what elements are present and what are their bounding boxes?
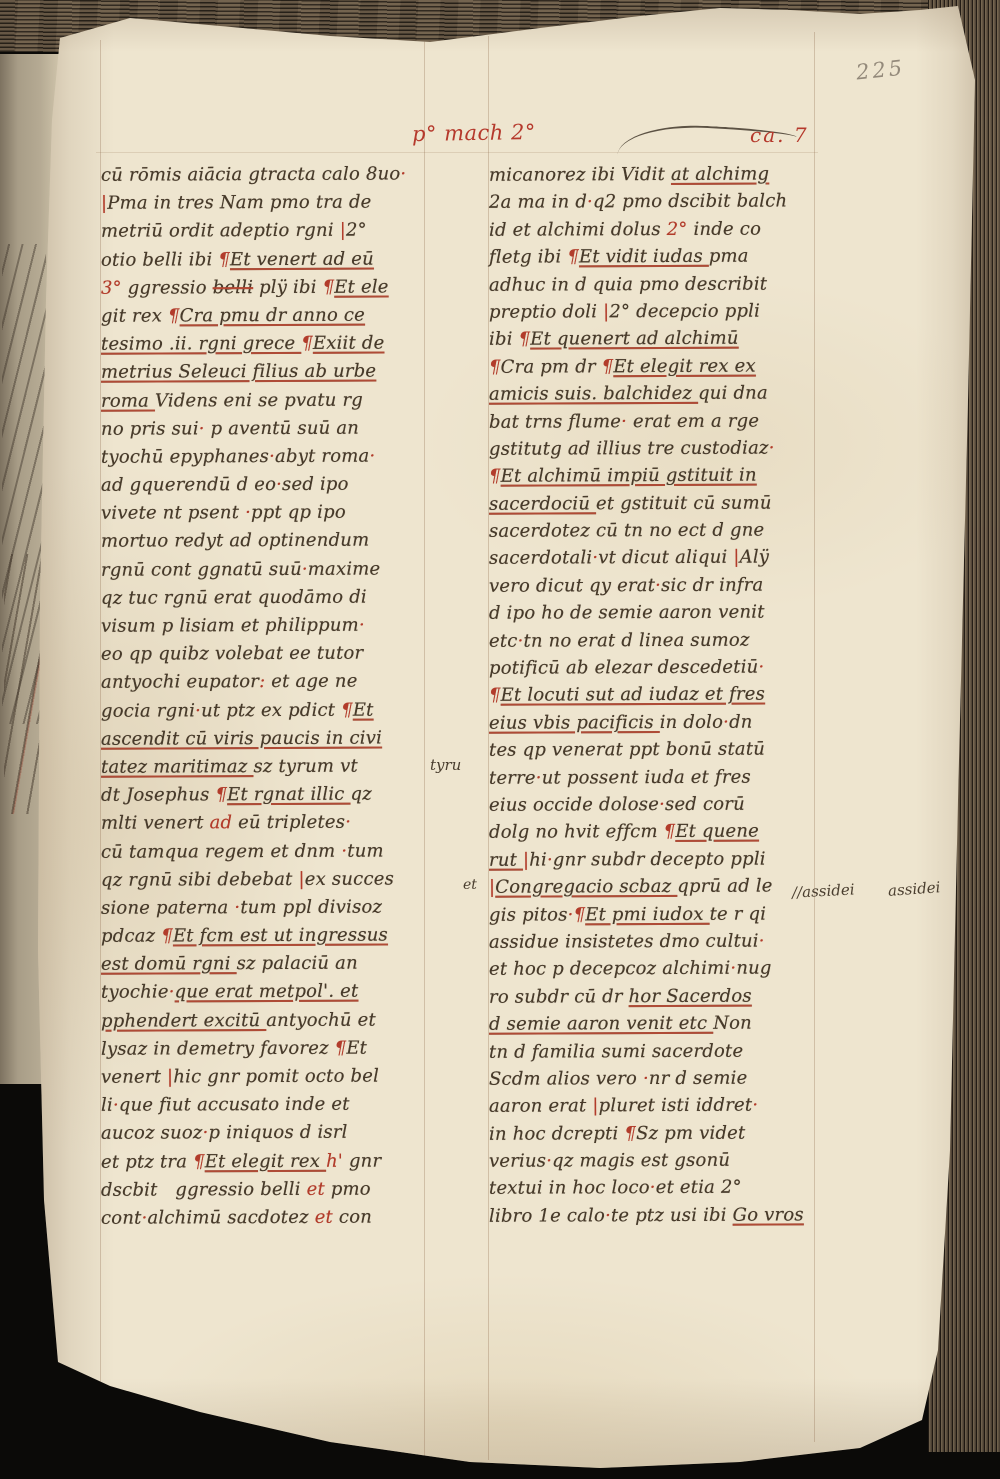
- ink-segment: Et: [346, 1037, 367, 1058]
- ink-segment: q2 pmo dscibit balch: [593, 191, 787, 213]
- ink-segment: eo qp quibz volebat ee tutor: [101, 643, 363, 665]
- ink-segment: Et pmi iudox: [585, 903, 709, 925]
- rubric-segment: ¶: [489, 685, 501, 706]
- manuscript-line: tyochū epyphanes·abyt roma·: [101, 442, 446, 472]
- manuscript-line: ¶Et locuti sut ad iudaz et fres: [489, 681, 834, 710]
- ink-segment: Congregacio scbaz: [495, 876, 677, 898]
- ink-segment: mortuo redyt ad optinendum: [101, 530, 369, 552]
- ink-segment: Et: [353, 699, 374, 720]
- ink-segment: assidue insistetes dmo cultui: [489, 931, 759, 953]
- manuscript-line: amicis suis. balchidez qui dna: [489, 379, 834, 408]
- ink-segment: plÿ ibi: [253, 277, 323, 298]
- manuscript-line: mortuo redyt ad optinendum: [101, 527, 446, 557]
- ink-segment: sz palaciū an: [237, 953, 358, 975]
- ink-segment: sed corū: [665, 794, 745, 815]
- ink-segment: Pma in tres Nam pmo tra de: [107, 192, 371, 214]
- manuscript-line: antyochi eupator: et age ne: [101, 668, 446, 698]
- manuscript-line: rgnū cont ggnatū suū·maxime: [101, 555, 446, 585]
- ink-segment: git rex: [101, 305, 168, 326]
- manuscript-line: sacerdotali·vt dicut aliqui |Alÿ: [489, 544, 834, 573]
- manuscript-line: ad gquerendū d eo·sed ipo: [101, 470, 446, 500]
- manuscript-line: lysaz in demetry favorez ¶Et: [101, 1034, 446, 1064]
- ink-segment: que fiut accusato inde et: [119, 1094, 350, 1116]
- manuscript-line: ¶Cra pm dr ¶Et elegit rex ex: [489, 352, 834, 381]
- ink-segment: te r qi: [710, 903, 767, 924]
- ink-segment: sed ipo: [282, 474, 349, 495]
- manuscript-line: et hoc p decepcoz alchimi·nug: [489, 955, 834, 984]
- ink-segment: ibi: [489, 329, 519, 350]
- ink-segment: maxime: [308, 558, 381, 579]
- ink-segment: tn d familia sumi sacerdote: [489, 1040, 743, 1062]
- ink-segment: d ipo ho de semie aaron venit: [489, 602, 765, 624]
- manuscript-line: aucoz suoz·p iniquos d isrl: [101, 1119, 446, 1149]
- rubric-segment: ¶: [341, 699, 353, 720]
- rubric-segment: ·: [359, 615, 365, 636]
- manuscript-line: micanorez ibi Vidit at alchimg: [489, 160, 834, 189]
- rubric-segment: ¶: [519, 329, 531, 350]
- rubric-segment: ¶: [161, 926, 173, 947]
- ink-segment: Et quene: [675, 821, 759, 842]
- ink-segment: antyochū et: [266, 1009, 376, 1030]
- manuscript-line: tn d familia sumi sacerdote: [489, 1037, 834, 1066]
- ink-segment: rgnū cont ggnatū suū: [101, 559, 302, 581]
- rubric-segment: et: [315, 1207, 333, 1228]
- rubric-segment: ¶: [664, 821, 676, 842]
- ink-segment: et etia 2°: [656, 1177, 742, 1198]
- rubric-segment: ad: [210, 812, 233, 833]
- ink-segment: pluret isti iddret: [599, 1095, 753, 1117]
- ink-segment: te ptz usi ibi: [611, 1205, 733, 1227]
- ink-segment: aaron erat: [489, 1096, 592, 1117]
- ink-segment: 2° decepcio ppli: [609, 301, 760, 323]
- manuscript-line: gis pitos·¶Et pmi iudox te r qi: [489, 900, 834, 929]
- rubric-segment: et: [307, 1179, 325, 1200]
- ink-segment: hic gnr pomit octo bel: [173, 1066, 379, 1088]
- rubric-segment: ¶: [624, 1123, 636, 1144]
- ink-segment: Go vros: [733, 1204, 804, 1225]
- ink-segment: otio belli ibi: [101, 249, 218, 271]
- ink-segment: vivete nt psent: [101, 502, 245, 524]
- margin-note-tyru: tyru: [430, 756, 461, 774]
- ink-segment: aucoz suoz: [101, 1123, 203, 1144]
- rubric-segment: ¶: [215, 784, 227, 805]
- manuscript-line: et ptz tra ¶Et elegit rex h' gnr: [101, 1147, 446, 1177]
- manuscript-line: ascendit cū viris paucis in civi: [101, 724, 446, 754]
- manuscript-line: sacerdotez cū tn no ect d gne: [489, 516, 834, 545]
- manuscript-line: etc·tn no erat d linea sumoz: [489, 626, 834, 655]
- ink-segment: sz tyrum vt: [253, 756, 358, 777]
- ink-segment: tn no erat d linea sumoz: [523, 629, 749, 651]
- ink-segment: fletg ibi: [489, 247, 567, 268]
- rubric-segment: ·: [758, 657, 764, 678]
- ink-segment: gis pitos: [489, 904, 568, 925]
- ink-segment: qprū ad le: [677, 876, 772, 897]
- manuscript-line: vivete nt psent ·ppt qp ipo: [101, 498, 446, 528]
- ink-segment: nr d semie: [649, 1068, 748, 1089]
- manuscript-line: d semie aaron venit etc Non: [489, 1009, 834, 1038]
- ink-segment: Et fcm est ut ingressus: [173, 925, 388, 947]
- manuscript-line: tyochie·que erat metpol'. et: [101, 978, 446, 1008]
- ink-segment: dt Josephus: [101, 784, 216, 805]
- rubric-segment: ¶: [567, 247, 579, 268]
- ink-segment: sacerdotez cū tn no ect d gne: [489, 520, 764, 542]
- ink-segment: inde co: [688, 218, 762, 239]
- ink-segment: etc: [489, 630, 518, 651]
- manuscript-line: 2a ma in d·q2 pmo dscibit balch: [489, 188, 834, 217]
- ink-segment: antyochi eupator: [101, 671, 259, 693]
- ink-segment: qui dna: [698, 383, 768, 404]
- ink-segment: pma: [709, 246, 749, 267]
- ink-segment: et ptz tra: [101, 1151, 193, 1172]
- ink-segment: Scdm alios vero: [489, 1068, 643, 1090]
- ink-segment: dolg no hvit effcm: [489, 821, 664, 843]
- ink-segment: Et quenert ad alchimū: [530, 328, 739, 350]
- manuscript-line: id et alchimi dolus 2° inde co: [489, 215, 834, 244]
- margin-note-assidei-inner: //assidei: [792, 880, 855, 901]
- manuscript-line: Scdm alios vero ·nr d semie: [489, 1064, 834, 1093]
- rubric-segment: ¶: [323, 276, 335, 297]
- ink-segment: pdcaz: [101, 926, 161, 947]
- ink-segment: Non: [713, 1013, 752, 1034]
- ink-segment: eius occide dolose: [489, 794, 659, 816]
- manuscript-line: cont·alchimū sacdotez et con: [101, 1203, 446, 1233]
- running-title: p° mach 2°: [412, 120, 536, 146]
- ink-segment: Videns eni se pvatu rg: [155, 389, 363, 411]
- ink-segment: et age ne: [265, 671, 357, 692]
- ink-segment: adhuc in d quia pmo describit: [489, 273, 767, 295]
- ink-segment: in dolo: [660, 712, 724, 733]
- rubric-segment: ·: [400, 163, 406, 184]
- ink-segment: qz tuc rgnū erat quodāmo di: [101, 586, 367, 608]
- ink-segment: gocia rgni: [101, 700, 195, 721]
- manuscript-line: venert |hic gnr pomit octo bel: [101, 1062, 446, 1092]
- manuscript-line: preptio doli |2° decepcio ppli: [489, 297, 834, 326]
- manuscript-line: metriū ordit adeptio rgni |2°: [101, 217, 446, 247]
- ink-segment: cū tamqua regem et dnm: [101, 840, 341, 862]
- ink-segment: libro 1e calo: [489, 1205, 605, 1227]
- manuscript-line: verius·qz magis est gsonū: [489, 1146, 834, 1175]
- manuscript-line: d ipo ho de semie aaron venit: [489, 598, 834, 627]
- ink-segment: vero dicut qy erat: [489, 575, 655, 597]
- ink-segment: ex succes: [305, 868, 394, 889]
- ink-segment: mlti venert: [101, 813, 210, 834]
- ink-segment: p aventū suū an: [205, 417, 359, 439]
- manuscript-line: potificū ab elezar descedetiū·: [489, 653, 834, 682]
- ink-segment: belli: [213, 277, 254, 298]
- ink-segment: hi: [529, 849, 547, 870]
- ink-segment: Alÿ: [740, 547, 770, 568]
- manuscript-line: sacerdociū et gstituit cū sumū: [489, 489, 834, 518]
- ink-segment: no pris sui: [101, 418, 199, 439]
- ink-segment: li: [101, 1095, 113, 1116]
- manuscript-line: mlti venert ad eū tripletes·: [101, 809, 446, 839]
- ink-segment: gstitutg ad illius tre custodiaz: [489, 437, 769, 459]
- rubric-segment: 3°: [101, 277, 128, 298]
- ink-segment: Et vidit iudas: [579, 246, 709, 268]
- ink-segment: roma: [101, 390, 155, 411]
- manuscript-line: tes qp venerat ppt bonū statū: [489, 735, 834, 764]
- ink-segment: p iniquos d isrl: [208, 1122, 347, 1144]
- rubric-segment: ¶: [218, 249, 230, 270]
- ink-segment: at alchimg: [671, 164, 769, 185]
- ink-segment: Sacerdos: [666, 985, 752, 1006]
- ink-segment: Cra pm dr: [501, 356, 602, 377]
- ink-segment: erat em a rge: [627, 410, 759, 432]
- rubric-segment: ·: [759, 930, 765, 951]
- ink-segment: rut: [489, 849, 523, 870]
- ink-segment: eū tripletes: [232, 812, 345, 833]
- manuscript-line: tatez maritimaz sz tyrum vt: [101, 752, 446, 782]
- ink-segment: que erat metpol'. et: [175, 981, 359, 1003]
- manuscript-line: eius vbis pacificis in dolo·dn: [489, 708, 834, 737]
- manuscript-line: dolg no hvit effcm ¶Et quene: [489, 818, 834, 847]
- manuscript-line: sione paterna ·tum ppl divisoz: [101, 893, 446, 923]
- manuscript-line: rut |hi·gnr subdr decepto ppli: [489, 845, 834, 874]
- rubric-segment: ·: [769, 437, 775, 458]
- manuscript-line: bat trns flume· erat em a rge: [489, 407, 834, 436]
- manuscript-line: aaron erat |pluret isti iddret·: [489, 1092, 834, 1121]
- ink-segment: Cra pmu dr anno ce: [180, 305, 365, 327]
- manuscript-line: roma Videns eni se pvatu rg: [101, 386, 446, 416]
- manuscript-line: li·que fiut accusato inde et: [101, 1090, 446, 1120]
- ink-segment: ascendit cū viris paucis in civi: [101, 727, 382, 749]
- rubric-segment: ¶: [489, 356, 501, 377]
- manuscript-line: pphendert excitū antyochū et: [101, 1006, 446, 1036]
- ink-segment: Et venert ad eū: [230, 248, 374, 270]
- ink-segment: et gstituit cū sumū: [596, 492, 772, 514]
- manuscript-line: vero dicut qy erat·sic dr infra: [489, 571, 834, 600]
- rubric-segment: ¶: [574, 904, 586, 925]
- ink-segment: tes qp venerat ppt bonū statū: [489, 739, 765, 761]
- ink-segment: Et ele: [334, 276, 388, 297]
- manuscript-line: ibi ¶Et quenert ad alchimū: [489, 325, 834, 354]
- manuscript-line: gstitutg ad illius tre custodiaz·: [489, 434, 834, 463]
- ink-segment: ro subdr cū dr: [489, 986, 629, 1008]
- folio-number: 225: [855, 55, 906, 84]
- ink-segment: gnr subdr decepto ppli: [553, 848, 766, 870]
- manuscript-line: no pris sui· p aventū suū an: [101, 414, 446, 444]
- ink-segment: d semie aaron venit etc: [489, 1013, 713, 1035]
- ink-segment: in hoc dcrepti: [489, 1123, 624, 1145]
- chapter-number: ca. 7: [750, 123, 809, 147]
- ink-segment: lysaz in demetry favorez: [101, 1038, 335, 1060]
- manuscript-line: est domū rgni sz palaciū an: [101, 949, 446, 979]
- text-column-right: micanorez ibi Vidit at alchimg2a ma in d…: [489, 161, 834, 1229]
- manuscript-line: gocia rgni·ut ptz ex pdict ¶Et: [101, 696, 446, 726]
- ink-segment: verius: [489, 1151, 546, 1172]
- ink-segment: micanorez ibi Vidit: [489, 164, 671, 186]
- rubric-segment: ¶: [301, 333, 313, 354]
- ink-segment: ut ptz ex pdict: [201, 699, 341, 721]
- ink-segment: metrius Seleuci filius ab urbe: [101, 361, 376, 383]
- ink-segment: tyochū epyphanes: [101, 446, 269, 468]
- ink-segment: eius vbis pacificis: [489, 712, 660, 734]
- manuscript-photo: p° mach 2° ca. 7 225 cū rōmis aiācia gtr…: [0, 0, 1000, 1479]
- manuscript-line: dt Josephus ¶Et rgnat illic qz: [101, 780, 446, 810]
- ink-segment: alchimū sacdotez: [147, 1207, 314, 1229]
- ink-segment: tyochie: [101, 982, 169, 1003]
- rubric-segment: ·: [752, 1095, 758, 1116]
- text-column-left: cū rōmis aiācia gtracta calo 8uo·|Pma in…: [101, 161, 446, 1232]
- ink-segment: bat trns flume: [489, 411, 621, 433]
- ink-segment: sacerdociū: [489, 493, 596, 514]
- ink-segment: metriū ordit adeptio rgni: [101, 220, 340, 242]
- ink-segment: ppt qp ipo: [251, 502, 346, 523]
- rubric-segment: ¶: [335, 1037, 347, 1058]
- manuscript-line: tesimo .ii. rgni grece ¶Exiit de: [101, 329, 446, 359]
- ink-segment: vt dicut aliqui: [598, 547, 733, 569]
- ink-segment: pphendert excitū: [101, 1010, 266, 1032]
- manuscript-line: metrius Seleuci filius ab urbe: [101, 358, 446, 388]
- ink-segment: Et alchimū impiū gstituit in: [501, 465, 757, 487]
- ink-segment: tatez maritimaz: [101, 756, 254, 778]
- ink-segment: amicis suis. balchidez: [489, 383, 698, 405]
- manuscript-line: visum p lisiam et philippum·: [101, 611, 446, 641]
- facing-page-text-showthrough: [4, 554, 44, 814]
- manuscript-line: cū rōmis aiācia gtracta calo 8uo·: [101, 160, 446, 190]
- ink-segment: et hoc p decepcoz alchimi: [489, 958, 730, 980]
- rubric-segment: ·: [369, 445, 375, 466]
- rubric-segment: ·: [345, 812, 351, 833]
- ink-segment: visum p lisiam et philippum: [101, 615, 359, 637]
- ink-segment: est domū rgni: [101, 953, 237, 975]
- ink-segment: nug: [736, 958, 771, 979]
- manuscript-line: eius occide dolose·sed corū: [489, 790, 834, 819]
- ink-segment: qz magis est gsonū: [552, 1150, 730, 1172]
- manuscript-line: |Congregacio scbaz qprū ad le: [489, 872, 834, 901]
- manuscript-line: qz rgnū sibi debebat |ex succes: [101, 865, 446, 895]
- margin-note-assidei-outer: assidei: [887, 878, 941, 900]
- ink-segment: potificū ab elezar descedetiū: [489, 657, 759, 679]
- ink-segment: ad gquerendū d eo: [101, 474, 276, 496]
- ink-segment: ggressio: [128, 277, 213, 298]
- manuscript-line: assidue insistetes dmo cultui·: [489, 927, 834, 956]
- manuscript-line: 3° ggressio belli plÿ ibi ¶Et ele: [101, 273, 446, 303]
- manuscript-line: git rex ¶Cra pmu dr anno ce: [101, 301, 446, 331]
- ink-segment: sic dr infra: [661, 574, 763, 595]
- ink-segment: Exiit de: [313, 333, 385, 354]
- ink-segment: cū rōmis aiācia gtracta calo 8uo: [101, 163, 400, 185]
- manuscript-line: adhuc in d quia pmo describit: [489, 270, 834, 299]
- ink-segment: dn: [729, 711, 753, 732]
- ink-segment: preptio doli: [489, 301, 603, 322]
- rubric-segment: ¶: [489, 466, 501, 487]
- ink-segment: terre: [489, 767, 536, 788]
- ink-segment: Et elegit rex: [205, 1150, 326, 1172]
- manuscript-line: libro 1e calo·te ptz usi ibi Go vros: [489, 1201, 834, 1230]
- rubric-segment: ¶: [193, 1151, 205, 1172]
- manuscript-line: fletg ibi ¶Et vidit iudas pma: [489, 242, 834, 271]
- ink-segment: sacerdotali: [489, 548, 592, 569]
- ink-segment: abyt roma: [275, 445, 370, 466]
- ink-segment: 2°: [346, 220, 367, 241]
- manuscript-line: qz tuc rgnū erat quodāmo di: [101, 583, 446, 613]
- ink-segment: Et elegit rex ex: [613, 355, 756, 377]
- manuscript-line: |Pma in tres Nam pmo tra de: [101, 188, 446, 218]
- ink-segment: ut possent iuda et fres: [542, 766, 751, 788]
- ink-segment: id et alchimi dolus: [489, 219, 667, 241]
- ink-segment: textui in hoc loco: [489, 1178, 650, 1200]
- manuscript-line: ro subdr cū dr hor Sacerdos: [489, 982, 834, 1011]
- rubric-segment: ¶: [602, 356, 614, 377]
- ink-segment: tum ppl divisoz: [240, 896, 382, 918]
- manuscript-line: textui in hoc loco·et etia 2°: [489, 1174, 834, 1203]
- manuscript-line: terre·ut possent iuda et fres: [489, 763, 834, 792]
- ink-segment: dscbit ggressio belli: [101, 1179, 307, 1201]
- ink-segment: tesimo .ii. rgni grece: [101, 333, 301, 355]
- manuscript-line: dscbit ggressio belli et pmo: [101, 1175, 446, 1205]
- ink-segment: pmo: [325, 1178, 371, 1199]
- manuscript-line: pdcaz ¶Et fcm est ut ingressus: [101, 921, 446, 951]
- ink-segment: qz: [350, 784, 371, 805]
- ink-segment: gnr: [343, 1150, 381, 1171]
- manuscript-line: in hoc dcrepti ¶Sz pm videt: [489, 1119, 834, 1148]
- manuscript-line: cū tamqua regem et dnm ·tum: [101, 837, 446, 867]
- rubric-segment: h': [326, 1150, 343, 1171]
- manuscript-line: otio belli ibi ¶Et venert ad eū: [101, 245, 446, 275]
- ink-segment: Sz pm videt: [636, 1122, 745, 1143]
- manuscript-line: ¶Et alchimū impiū gstituit in: [489, 462, 834, 491]
- ink-segment: sione paterna: [101, 897, 234, 919]
- ink-segment: cont: [101, 1208, 142, 1229]
- rubric-segment: 2°: [667, 219, 688, 240]
- margin-note-et: et: [463, 877, 477, 893]
- rubric-segment: ¶: [168, 305, 180, 326]
- manuscript-line: eo qp quibz volebat ee tutor: [101, 639, 446, 669]
- ink-segment: tum: [347, 840, 384, 861]
- ink-segment: con: [333, 1207, 372, 1228]
- ink-segment: 2a ma in d: [489, 192, 587, 213]
- ink-segment: hor: [629, 986, 667, 1007]
- ink-segment: Et locuti sut ad iudaz et fres: [501, 684, 766, 706]
- ink-segment: Et rgnat illic: [227, 784, 350, 806]
- ink-segment: qz rgnū sibi debebat: [101, 869, 299, 891]
- ink-segment: venert: [101, 1066, 167, 1087]
